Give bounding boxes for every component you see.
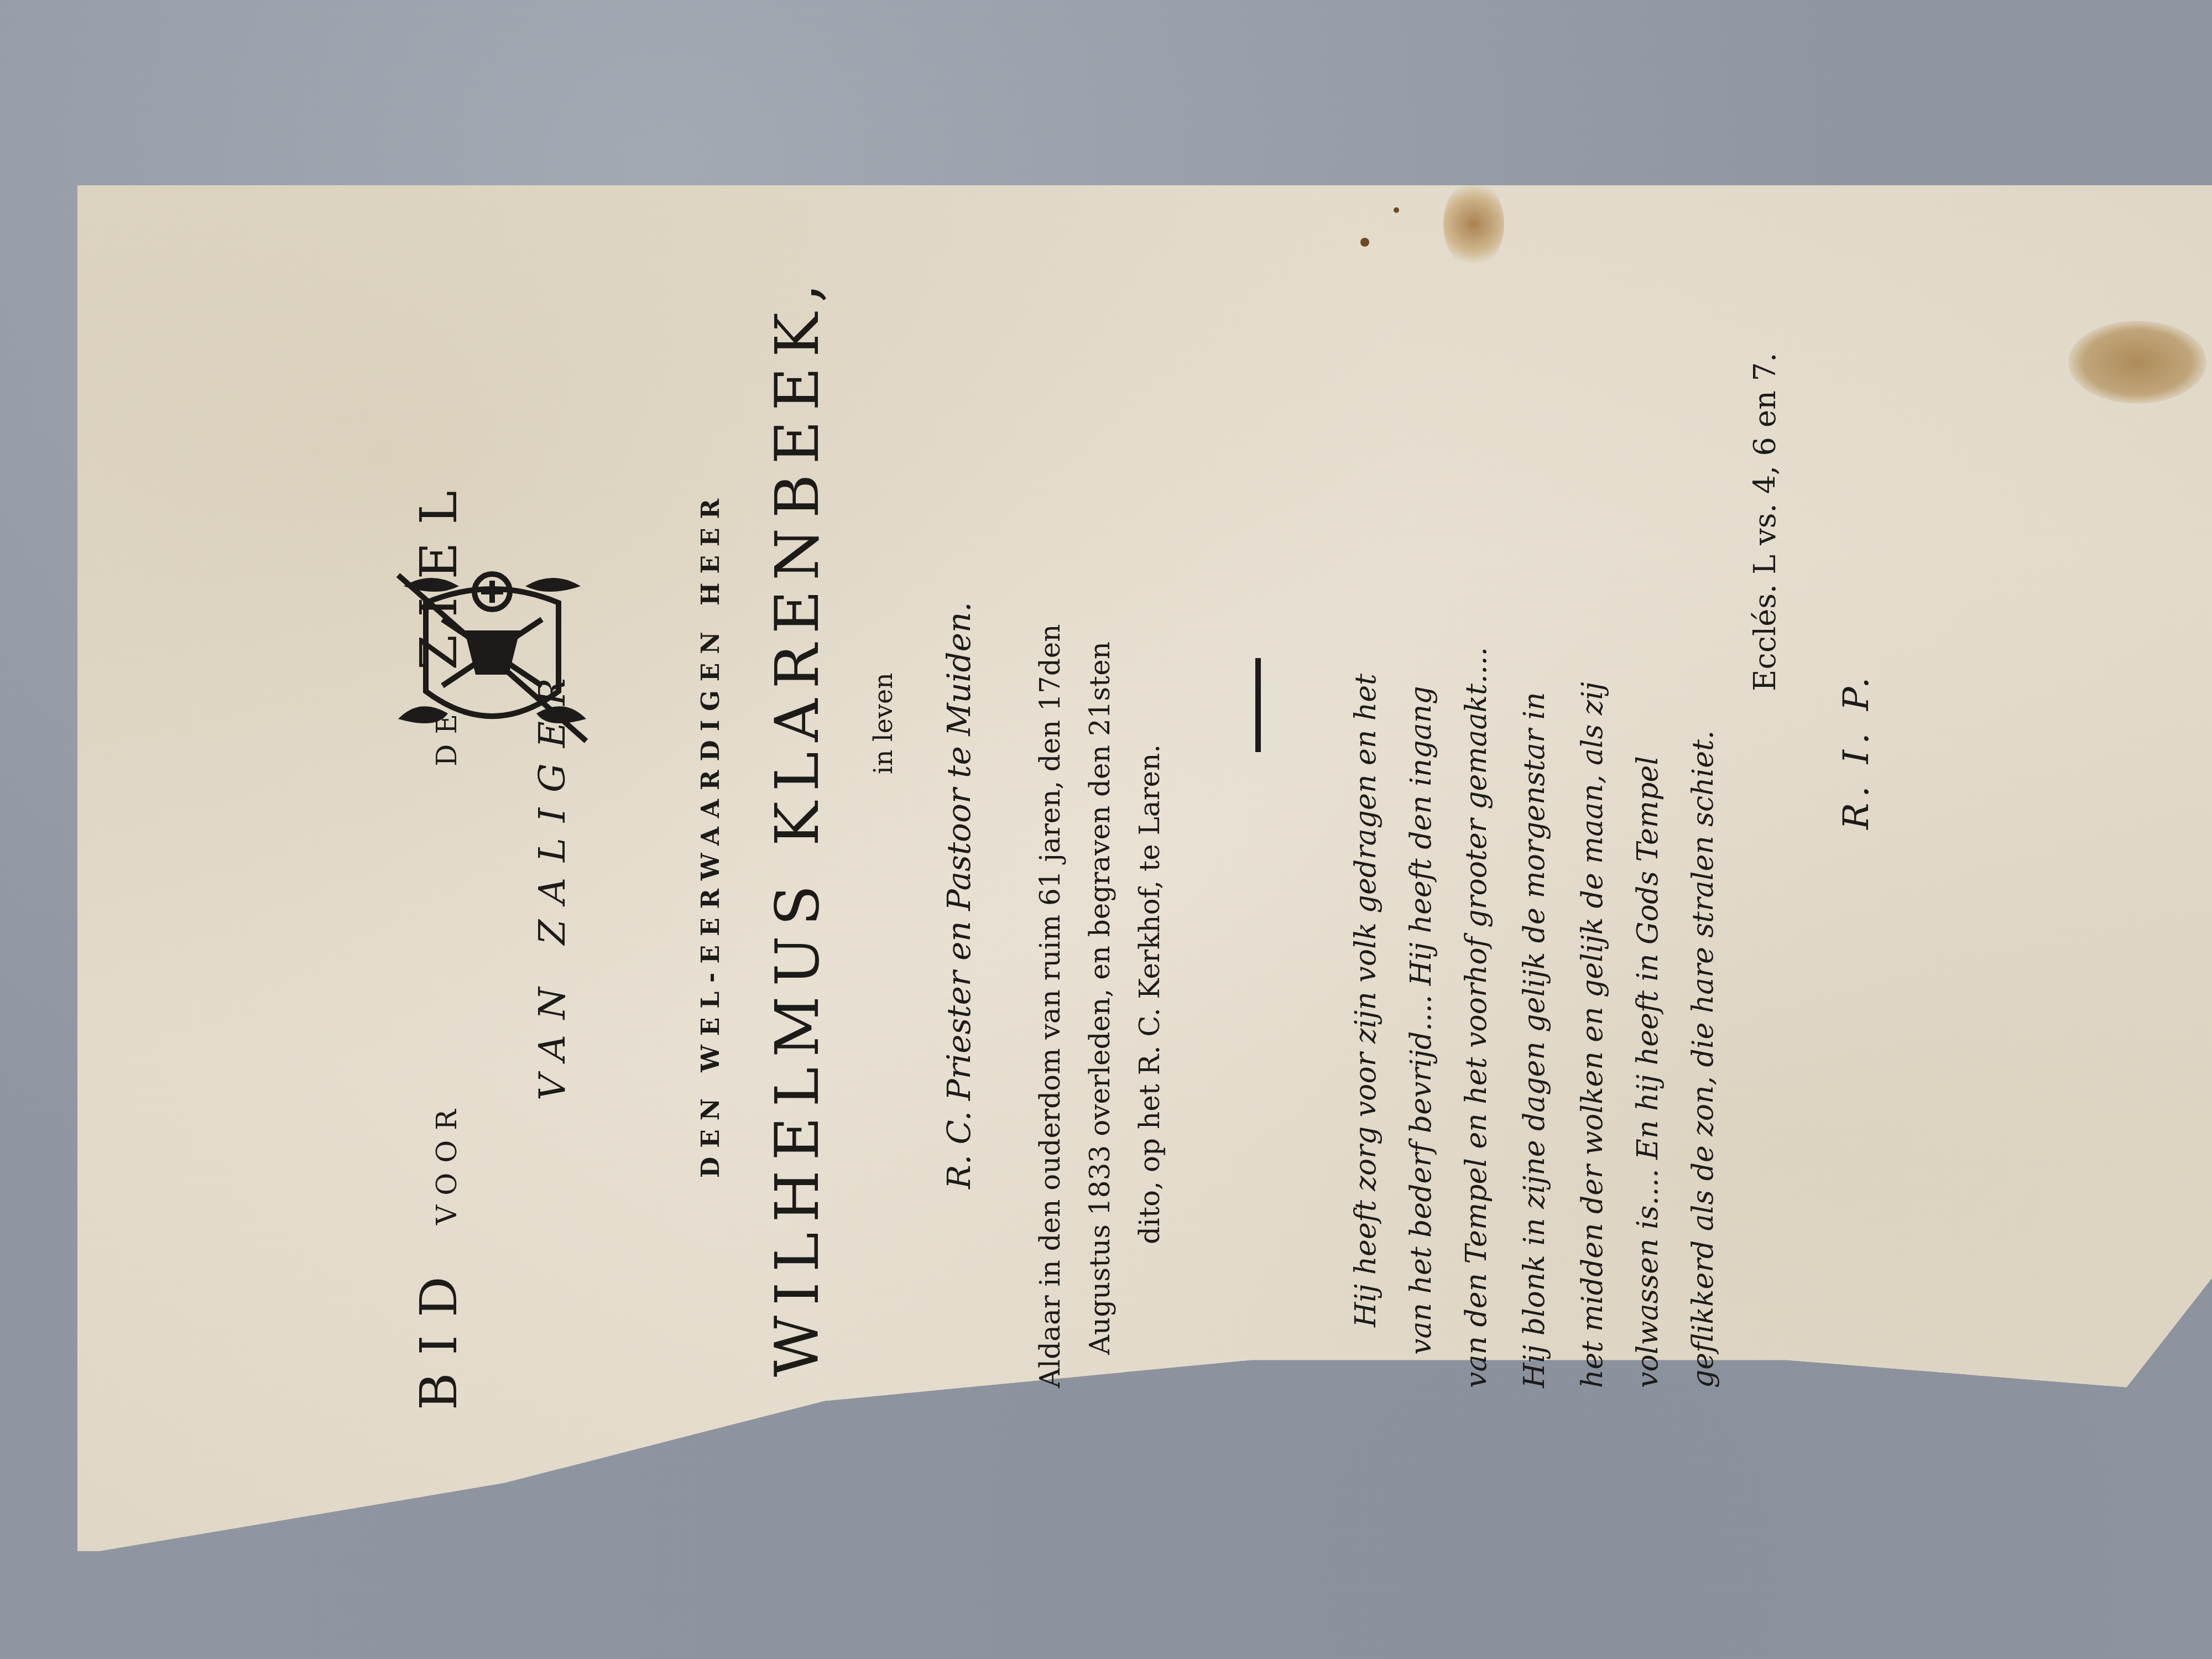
stain [2068,321,2206,404]
honorific-line: DEN WEL-EERWAARDIGEN HEER [697,490,725,1178]
verse-line: volwassen is.... En hij heeft in Gods Te… [1631,756,1665,1388]
verse-line: het midden der wolken en gelijk de maan,… [1576,682,1609,1388]
divider [1255,658,1261,752]
biography-line: Aldaar in den ouderdom van ruim 61 jaren… [1034,624,1066,1389]
heading-voor: VOOR [431,1099,463,1225]
verse-line: van den Tempel en het voorhof grooter ge… [1460,647,1493,1388]
deceased-name: WILHELMUS KLARENBEEK, [763,274,832,1377]
heading-ziel: ZIEL [409,473,468,670]
scripture-citation: Ecclés. L vs. 4, 6 en 7. [1747,353,1782,691]
biography-line: dito, op het R. C. Kerkhof, te Laren. [1134,744,1166,1244]
heading-de: DE [431,704,463,766]
rip-closing: R. I. P. [1836,672,1877,830]
heading: BID VOOR DE ZIEL [409,473,468,1410]
verse-line: Hij heeft zorg voor zijn volk gedragen e… [1349,674,1383,1327]
biography-line: Augustus 1833 overleden, en begraven den… [1084,641,1116,1355]
occupation: R. C. Priester en Pastoor te Muiden. [940,602,978,1189]
coat-of-arms-icon [365,553,619,763]
verse-line: geflikkerd als de zon, die hare stralen … [1687,731,1720,1388]
card-text: BID VOOR DE ZIEL VAN ZALIGER DEN WEL-EER… [409,194,2068,1410]
van-zaliger: VAN ZALIGER [531,662,573,1100]
in-leven: in leven [868,672,898,774]
verse-line: Hij blonk in zijne dagen gelijk de morge… [1518,692,1551,1388]
verse-line: van het bederf bevrijd.... Hij heeft den… [1405,686,1438,1355]
heading-bid: BID [409,1259,468,1410]
